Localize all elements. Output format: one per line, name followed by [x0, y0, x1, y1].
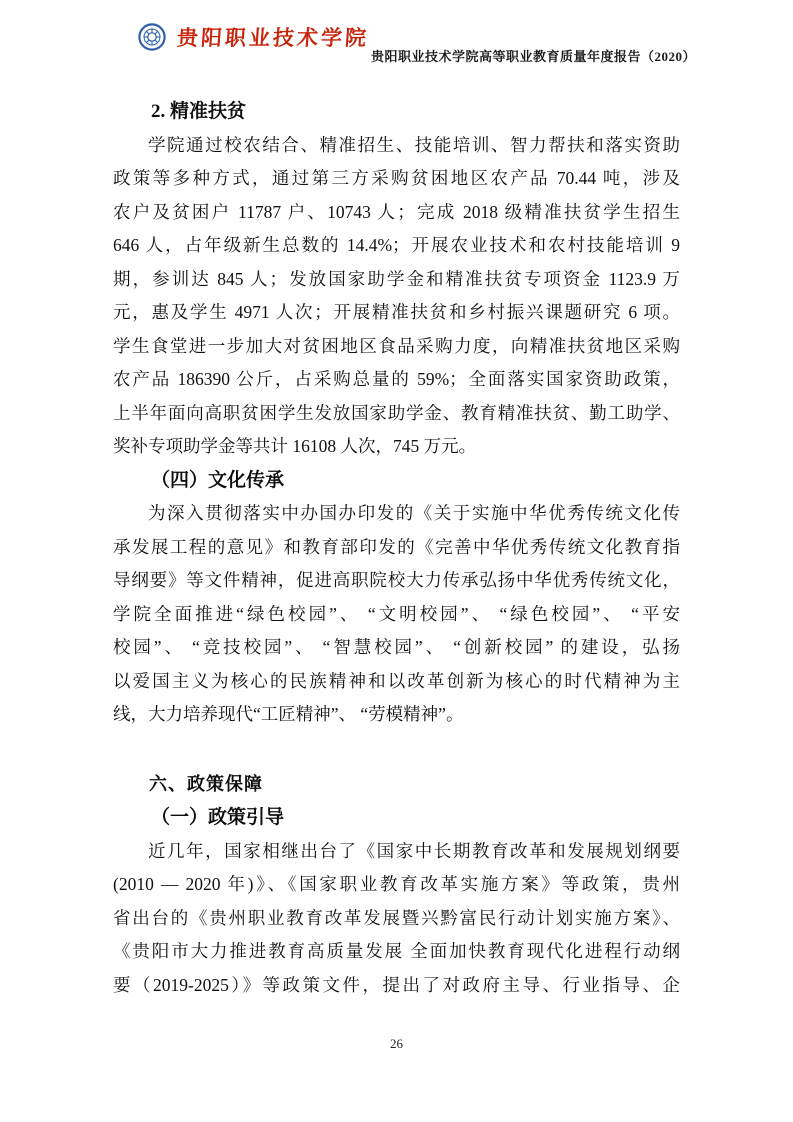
- heading-policy-guarantee: 六、政策保障: [113, 768, 680, 802]
- document-page: 贵阳职业技术学院 贵阳职业技术学院高等职业教育质量年度报告（2020） 2. 精…: [0, 0, 793, 1122]
- text-line: 奖补专项助学金等共计 16108 人次，745 万元。: [113, 430, 680, 464]
- text-line: 近几年，国家相继出台了《国家中长期教育改革和发展规划纲要: [113, 835, 680, 869]
- text-line: 校园”、 “竞技校园”、 “智慧校园”、 “创新校园” 的建设，弘扬: [113, 631, 680, 665]
- text-line: 期，参训达 845 人；发放国家助学金和精准扶贫专项资金 1123.9 万: [113, 263, 680, 297]
- text-line: 以爱国主义为核心的民族精神和以改革创新为核心的时代精神为主: [113, 665, 680, 699]
- page-footer: 26: [0, 1036, 793, 1052]
- text-line: 上半年面向高职贫困学生发放国家助学金、教育精准扶贫、勤工助学、: [113, 397, 680, 431]
- text-line: 承发展工程的意见》和教育部印发的《完善中华优秀传统文化教育指: [113, 531, 680, 565]
- paragraph-poverty-alleviation: 学院通过校农结合、精准招生、技能培训、智力帮扶和落实资助政策等多种方式，通过第三…: [113, 129, 680, 464]
- text-line: 《贵阳市大力推进教育高质量发展 全面加快教育现代化进程行动纲: [113, 935, 680, 969]
- text-line: 省出台的《贵州职业教育改革发展暨兴黔富民行动计划实施方案》、: [113, 902, 680, 936]
- page-number: 26: [390, 1036, 403, 1051]
- text-line: 农产品 186390 公斤，占采购总量的 59%；全面落实国家资助政策，: [113, 363, 680, 397]
- paragraph-policy: 近几年，国家相继出台了《国家中长期教育改革和发展规划纲要(2010 — 2020…: [113, 835, 680, 1003]
- text-line: 学院通过校农结合、精准招生、技能培训、智力帮扶和落实资助: [113, 129, 680, 163]
- text-line: 政策等多种方式，通过第三方采购贫困地区农产品 70.44 吨，涉及: [113, 162, 680, 196]
- text-line: 元，惠及学生 4971 人次；开展精准扶贫和乡村振兴课题研究 6 项。: [113, 296, 680, 330]
- text-line: 导纲要》等文件精神，促进高职院校大力传承弘扬中华优秀传统文化，: [113, 564, 680, 598]
- text-line: 学院全面推进“绿色校园”、 “文明校园”、 “绿色校园”、 “平安: [113, 598, 680, 632]
- heading-policy-guidance: （一）政策引导: [113, 801, 680, 835]
- report-title: 贵阳职业技术学院高等职业教育质量年度报告（2020）: [371, 46, 696, 65]
- text-line: 学生食堂进一步加大对贫困地区食品采购力度，向精准扶贫地区采购: [113, 330, 680, 364]
- text-line: 为深入贯彻落实中办国办印发的《关于实施中华优秀传统文化传: [113, 497, 680, 531]
- text-line: 要（2019-2025）》等政策文件，提出了对政府主导、行业指导、企: [113, 969, 680, 1003]
- document-content: 2. 精准扶贫 学院通过校农结合、精准招生、技能培训、智力帮扶和落实资助政策等多…: [113, 95, 680, 1002]
- text-line: 线，大力培养现代“工匠精神”、 “劳模精神”。: [113, 698, 680, 732]
- heading-cultural-heritage: （四）文化传承: [113, 464, 680, 498]
- text-line: 646 人，占年级新生总数的 14.4%；开展农业技术和农村技能培训 9: [113, 229, 680, 263]
- paragraph-cultural-heritage: 为深入贯彻落实中办国办印发的《关于实施中华优秀传统文化传承发展工程的意见》和教育…: [113, 497, 680, 732]
- school-logo-text: 贵阳职业技术学院: [176, 22, 370, 52]
- text-line: 农户及贫困户 11787 户、10743 人；完成 2018 级精准扶贫学生招生: [113, 196, 680, 230]
- heading-targeted-poverty-alleviation: 2. 精准扶贫: [113, 95, 680, 129]
- school-logo: 贵阳职业技术学院: [137, 20, 369, 54]
- text-line: (2010 — 2020 年)》、《国家职业教育改革实施方案》等政策，贵州: [113, 868, 680, 902]
- school-emblem-icon: [137, 22, 167, 52]
